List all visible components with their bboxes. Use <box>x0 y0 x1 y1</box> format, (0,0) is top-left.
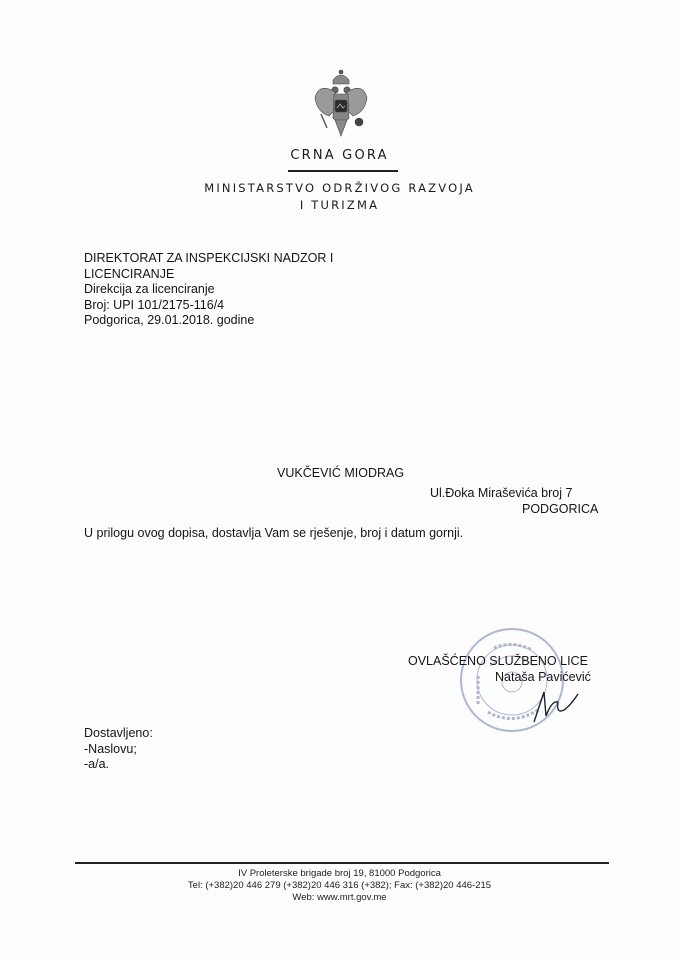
recipient-name: VUKČEVIĆ MIODRAG <box>277 466 404 480</box>
letter-body: U prilogu ovog dopisa, dostavlja Vam se … <box>84 526 463 540</box>
signatory-name: Nataša Pavićević <box>495 670 591 684</box>
country-name: CRNA GORA <box>0 148 679 163</box>
handwritten-signature-icon <box>530 686 580 726</box>
footer-web: Web: www.mrt.gov.me <box>0 892 679 904</box>
footer: IV Proleterske brigade broj 19, 81000 Po… <box>0 868 679 904</box>
department: Direkcija za licenciranje <box>84 282 333 298</box>
country-divider <box>288 170 398 172</box>
delivered-item: -a/a. <box>84 757 153 773</box>
document-page: CRNA GORA MINISTARSTVO ODRŽIVOG RAZVOJA … <box>0 0 679 960</box>
sender-block: DIREKTORAT ZA INSPEKCIJSKI NADZOR I LICE… <box>84 251 333 329</box>
footer-phones: Tel: (+382)20 446 279 (+382)20 446 316 (… <box>0 880 679 892</box>
recipient-street: Ul.Đoka Miraševića broj 7 <box>430 486 572 500</box>
footer-divider <box>75 862 609 864</box>
signatory-title: OVLAŠĆENO SLUŽBENO LICE <box>408 654 588 668</box>
delivered-item: -Naslovu; <box>84 742 153 758</box>
directorate-line-1: DIREKTORAT ZA INSPEKCIJSKI NADZOR I <box>84 251 333 267</box>
directorate-line-2: LICENCIRANJE <box>84 267 333 283</box>
ministry-line-1: MINISTARSTVO ODRŽIVOG RAZVOJA <box>0 180 679 197</box>
ministry-line-2: I TURIZMA <box>0 197 679 214</box>
reference-number: Broj: UPI 101/2175-116/4 <box>84 298 333 314</box>
delivered-label: Dostavljeno: <box>84 726 153 742</box>
place-date: Podgorica, 29.01.2018. godine <box>84 313 333 329</box>
recipient-city: PODGORICA <box>522 502 598 516</box>
footer-address: IV Proleterske brigade broj 19, 81000 Po… <box>0 868 679 880</box>
ministry-name: MINISTARSTVO ODRŽIVOG RAZVOJA I TURIZMA <box>0 180 679 214</box>
coat-of-arms-icon <box>313 68 369 146</box>
delivered-to-block: Dostavljeno: -Naslovu; -a/a. <box>84 726 153 773</box>
